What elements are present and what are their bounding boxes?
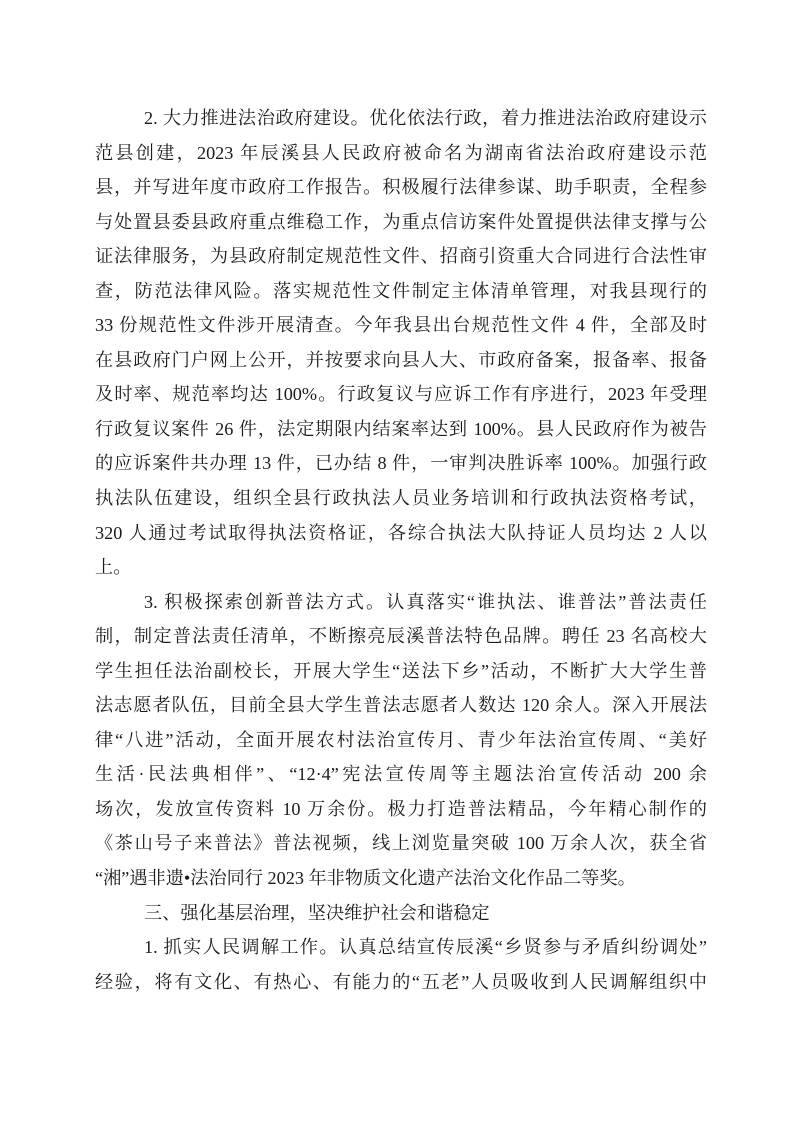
text-line: 执法队伍建设，组织全县行政执法人员业务培训和行政执法资格考试， [95,481,707,516]
text-line: 律“八进”活动，全面开展农村法治宣传月、青少年法治宣传周、“美好 [95,723,707,758]
text-line: 行政复议案件 26 件，法定期限内结案率达到 100%。县人民政府作为被告 [95,412,707,447]
document-text-block: 2. 大力推进法治政府建设。优化依法行政，着力推进法治政府建设示 范县创建，20… [95,101,707,999]
text-line: 3. 积极探索创新普法方式。认真落实“谁执法、谁普法”普法责任 [95,585,707,620]
text-line: 2. 大力推进法治政府建设。优化依法行政，着力推进法治政府建设示 [95,101,707,136]
text-line: 的应诉案件共办理 13 件，已办结 8 件，一审判决胜诉率 100%。加强行政 [95,446,707,481]
text-line: 范县创建，2023 年辰溪县人民政府被命名为湖南省法治政府建设示范 [95,136,707,171]
text-line: 在县政府门户网上公开，并按要求向县人大、市政府备案，报备率、报备 [95,343,707,378]
text-line: 查，防范法律风险。落实规范性文件制定主体清单管理，对我县现行的 [95,274,707,309]
text-line: 320 人通过考试取得执法资格证，各综合执法大队持证人员均达 2 人以 [95,516,707,551]
section-heading: 三、强化基层治理，坚决维护社会和谐稳定 [95,896,707,931]
text-line: 及时率、规范率均达 100%。行政复议与应诉工作有序进行，2023 年受理 [95,377,707,412]
text-line: 经验，将有文化、有热心、有能力的“五老”人员吸收到人民调解组织中 [95,965,707,1000]
paragraph-end-line: 上。 [95,550,707,585]
paragraph-end-line: “湘”遇非遗•法治同行 2023 年非物质文化遗产法治文化作品二等奖。 [95,861,707,896]
text-line: 场次，发放宣传资料 10 万余份。极力打造普法精品，今年精心制作的 [95,792,707,827]
text-line: 生活·民法典相伴”、“12·4”宪法宣传周等主题法治宣传活动 200 余 [95,757,707,792]
text-line: 证法律服务，为县政府制定规范性文件、招商引资重大合同进行合法性审 [95,239,707,274]
text-line: 法志愿者队伍，目前全县大学生普法志愿者人数达 120 余人。深入开展法 [95,688,707,723]
text-line: 与处置县委县政府重点维稳工作，为重点信访案件处置提供法律支撑与公 [95,205,707,240]
text-line: 《茶山号子来普法》普法视频，线上浏览量突破 100 万余人次，获全省 [95,826,707,861]
text-line: 县，并写进年度市政府工作报告。积极履行法律参谋、助手职责，全程参 [95,170,707,205]
text-line: 制，制定普法责任清单，不断擦亮辰溪普法特色品牌。聘任 23 名高校大 [95,619,707,654]
text-line: 学生担任法治副校长，开展大学生“送法下乡”活动，不断扩大大学生普 [95,654,707,689]
text-line: 33 份规范性文件涉开展清查。今年我县出台规范性文件 4 件，全部及时 [95,308,707,343]
text-line: 1. 抓实人民调解工作。认真总结宣传辰溪“乡贤参与矛盾纠纷调处” [95,930,707,965]
document-page: 2. 大力推进法治政府建设。优化依法行政，着力推进法治政府建设示 范县创建，20… [0,0,793,1122]
